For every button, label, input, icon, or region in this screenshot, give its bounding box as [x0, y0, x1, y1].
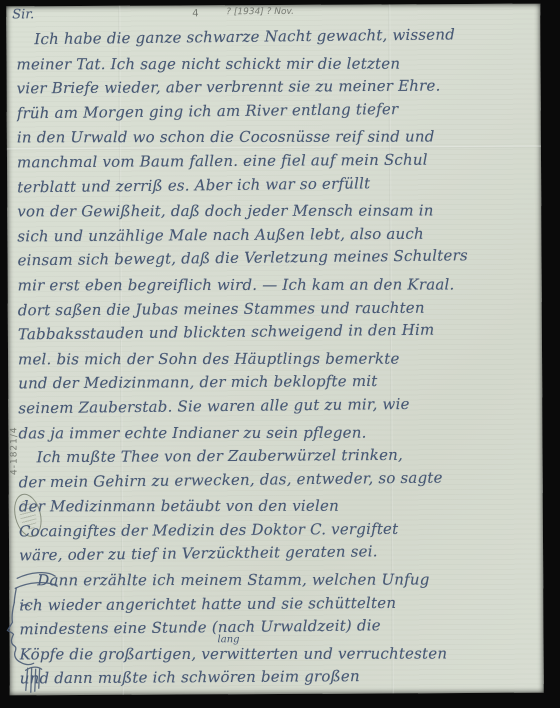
handwriting-line: und dann mußte ich schwören beim großen: [20, 663, 542, 691]
handwriting-line: der Medizinmann betäubt von den vielen: [19, 494, 541, 520]
handwriting-line: terblatt und zerriß es. Aber ich war so …: [17, 169, 539, 200]
letter-paper: Sir. 4 ? [1934] ? Nov. 4-1821/4 Ich habe…: [6, 4, 544, 696]
handwriting-line: Tabbaksstauden und blickten schweigend i…: [18, 317, 540, 348]
handwriting-line: von der Gewißheit, daß doch jeder Mensch…: [17, 198, 539, 224]
ink-heading-note: Sir.: [12, 7, 34, 22]
handwriting-line: seinem Zauberstab. Sie waren alle gut zu…: [18, 390, 540, 421]
interline-insertion-word: lang: [217, 634, 239, 645]
handwriting-line: Ich habe die ganze schwarze Nacht gewach…: [16, 25, 538, 52]
face-profile-doodle-icon: [3, 564, 62, 698]
handwriting-line: der mein Gehirn zu erwecken, das, entwed…: [19, 464, 541, 495]
handwriting-line: mir erst eben begreiflich wird. — Ich ka…: [18, 272, 540, 298]
handwriting-line: früh am Morgen ging ich am River entlang…: [17, 95, 539, 126]
handwriting-line: Dann erzählte ich meinem Stamm, welchen …: [19, 567, 541, 593]
pencil-date-note: ? [1934] ? Nov.: [226, 7, 294, 17]
letter-body: Ich habe die ganze schwarze Nacht gewach…: [16, 25, 541, 694]
handwriting-line: mindestens eine Stunde (nach Urwaldzeit)…: [19, 612, 541, 643]
handwriting-line: wäre, oder zu tief in Verzücktheit gerat…: [19, 538, 541, 569]
handwriting-line: einsam sich bewegt, daß die Verletzung m…: [17, 243, 539, 274]
pencil-page-number: 4: [192, 8, 198, 19]
scanned-letter-page: { "scan": { "background_color": "#0a0a0a…: [0, 0, 560, 708]
